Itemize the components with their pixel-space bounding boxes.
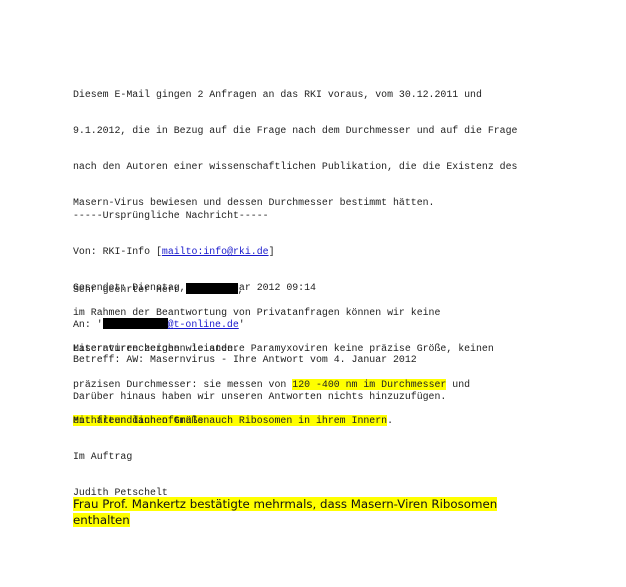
- intro-line: 9.1.2012, die in Bezug auf die Frage nac…: [73, 125, 517, 137]
- closing-line: Im Auftrag: [73, 451, 209, 463]
- from-end: ]: [269, 246, 275, 257]
- note-text: enthalten: [73, 513, 130, 527]
- closing: Mit freundlichen Grüßen Im Auftrag Judit…: [73, 391, 209, 511]
- closing-line: Mit freundlichen Grüßen: [73, 415, 209, 427]
- note-line: Frau Prof. Mankertz bestätigte mehrmals,…: [73, 496, 497, 512]
- paragraph-line: im Rahmen der Beantwortung von Privatanf…: [73, 307, 440, 319]
- note-text: Frau Prof. Mankertz bestätigte mehrmals,…: [73, 497, 497, 511]
- text: .: [387, 415, 393, 426]
- from-line: Von: RKI-Info [mailto:info@rki.de]: [73, 246, 417, 258]
- paragraph-line: Masernviren zeigen wie andere Paramyxovi…: [73, 343, 494, 355]
- note-line: enthalten: [73, 512, 497, 528]
- original-message-separator: -----Ursprüngliche Nachricht-----: [73, 210, 417, 222]
- text: und: [446, 379, 470, 390]
- intro-line: Diesem E-Mail gingen 2 Anfragen an das R…: [73, 89, 517, 101]
- sender-email-link[interactable]: mailto:info@rki.de: [162, 246, 269, 257]
- highlighted-note: Frau Prof. Mankertz bestätigte mehrmals,…: [73, 496, 497, 528]
- from-label: Von: RKI-Info [: [73, 246, 162, 257]
- intro-line: nach den Autoren einer wissenschaftliche…: [73, 161, 517, 173]
